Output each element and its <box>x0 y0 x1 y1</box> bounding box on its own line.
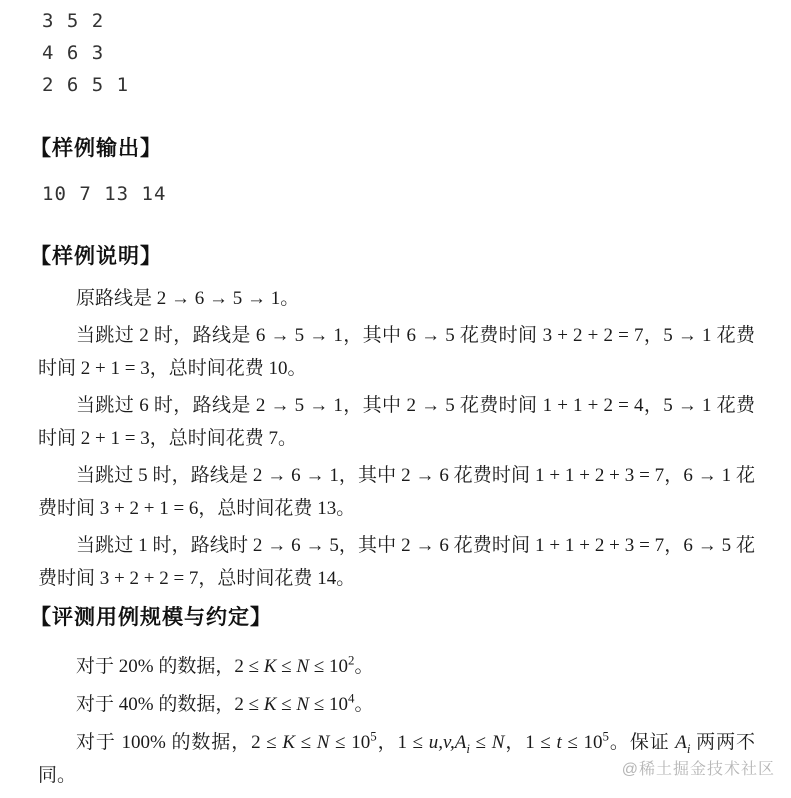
text-segment-math: ≤ 10 <box>329 732 370 753</box>
constraints-heading: 【评测用例规模与约定】 <box>30 603 755 633</box>
text-segment-text: 当跳过 <box>76 395 139 416</box>
sample-input-line: 4 6 3 <box>42 37 755 69</box>
text-segment-math: 2 ≤ <box>234 656 263 677</box>
sample-input-tail: 3 5 2 4 6 3 2 6 5 1 <box>42 5 755 101</box>
text-segment-text: 的数据， <box>154 694 235 715</box>
sample-explanation-body: 原路线是 2 → 6 → 5 → 1。 当跳过 2 时，路线是 6 → 5 → … <box>38 282 755 595</box>
text-segment-text: 当跳过 <box>76 535 138 556</box>
explanation-paragraph: 当跳过 6 时，路线是 2 → 5 → 1，其中 2 → 5 花费时间 1 + … <box>38 389 755 455</box>
text-segment-math: ≤ 10 <box>309 694 348 715</box>
sample-output-line: 10 7 13 14 <box>42 178 755 210</box>
text-segment-text: 。 <box>278 428 297 449</box>
text-segment-math: 1 + 1 + 2 = 4 <box>543 395 644 416</box>
text-segment-math: 13 <box>317 498 336 519</box>
text-segment-math: 100% <box>121 732 165 753</box>
explanation-paragraph: 原路线是 2 → 6 → 5 → 1。 <box>38 282 755 315</box>
text-segment-math: 40% <box>119 694 154 715</box>
text-segment-math: 2 + 1 = 3 <box>81 428 150 449</box>
text-segment-text: ，总时间花费 <box>150 358 269 379</box>
text-segment-math: 6 <box>139 395 149 416</box>
text-segment-math: 6 → 5 <box>683 535 731 556</box>
text-segment-math: 6 → 5 → 1 <box>256 325 343 346</box>
text-segment-math: 20% <box>119 656 154 677</box>
explanation-paragraph: 当跳过 5 时，路线是 2 → 6 → 1，其中 2 → 6 花费时间 1 + … <box>38 459 755 525</box>
text-segment-text: ，总时间花费 <box>198 498 317 519</box>
text-segment-math: 2 + 1 = 3 <box>81 358 150 379</box>
constraint-paragraph: 对于 20% 的数据，2 ≤ K ≤ N ≤ 102。 <box>38 650 755 683</box>
text-segment-var: N <box>296 694 309 715</box>
text-segment-text: 花费时间 <box>449 465 535 486</box>
text-segment-text: 对于 <box>76 656 119 677</box>
text-segment-text: 。 <box>336 568 355 589</box>
sample-input-line: 3 5 2 <box>42 5 755 37</box>
text-segment-text: 的数据， <box>166 732 251 753</box>
text-segment-math: ≤ <box>295 732 317 753</box>
explanation-paragraph: 当跳过 1 时，路线时 2 → 6 → 5，其中 2 → 6 花费时间 1 + … <box>38 529 755 595</box>
text-segment-math: 1 <box>138 535 148 556</box>
text-segment-text: 时，路线是 <box>148 465 253 486</box>
text-segment-var: K <box>264 694 277 715</box>
text-segment-math: 3 + 2 + 2 = 7 <box>100 568 199 589</box>
sample-output-block: 10 7 13 14 <box>42 178 755 210</box>
text-segment-var: A <box>675 732 687 753</box>
text-segment-math: 5 → 1 <box>663 325 711 346</box>
text-segment-text: 。 <box>355 656 374 677</box>
text-segment-text: ，其中 <box>339 535 401 556</box>
text-segment-text: 花费时间 <box>455 325 543 346</box>
text-segment-var: K <box>282 732 295 753</box>
text-segment-math: 2 → 6 <box>401 465 449 486</box>
text-segment-math: ≤ <box>276 656 296 677</box>
text-segment-text: ， <box>504 732 525 753</box>
text-segment-text: 。 <box>355 694 374 715</box>
text-segment-math: 2 → 6 → 5 <box>253 535 339 556</box>
text-segment-text: 对于 <box>76 694 119 715</box>
text-segment-math: ≤ <box>276 694 296 715</box>
text-segment-math: 2 → 6 <box>401 535 449 556</box>
text-segment-math: 2 → 5 → 1 <box>256 395 343 416</box>
text-segment-text: ， <box>377 732 398 753</box>
text-segment-text: 。 <box>280 288 299 309</box>
text-segment-math: 1 ≤ <box>398 732 429 753</box>
text-segment-math: 5 → 1 <box>663 395 711 416</box>
text-segment-var: N <box>296 656 309 677</box>
text-segment-math: ≤ 10 <box>309 656 348 677</box>
document-page: 3 5 2 4 6 3 2 6 5 1 【样例输出】 10 7 13 14 【样… <box>0 0 791 798</box>
text-segment-math: ≤ <box>470 732 492 753</box>
sample-explanation-heading: 【样例说明】 <box>30 242 755 272</box>
text-segment-text: 。 <box>287 358 306 379</box>
text-segment-text: 原路线是 <box>76 288 157 309</box>
text-segment-math: 3 + 2 + 2 = 7 <box>543 325 644 346</box>
text-segment-text: ，其中 <box>339 465 401 486</box>
text-segment-var: N <box>492 732 505 753</box>
text-segment-text: ，其中 <box>343 395 407 416</box>
text-segment-math: 2 <box>139 325 149 346</box>
text-segment-var: K <box>264 656 277 677</box>
text-segment-var: u,v,A <box>429 732 467 753</box>
text-segment-text: ，其中 <box>343 325 407 346</box>
text-segment-math: 6 → 1 <box>683 465 731 486</box>
text-segment-text: ，总时间花费 <box>198 568 317 589</box>
text-segment-text: 花费时间 <box>449 535 535 556</box>
text-segment-math: 2 → 6 → 1 <box>253 465 339 486</box>
text-segment-math: 14 <box>317 568 336 589</box>
text-segment-math: 10 <box>268 358 287 379</box>
text-segment-math: 2 → 6 → 5 → 1 <box>157 288 281 309</box>
text-segment-text: 当跳过 <box>76 325 139 346</box>
text-segment-text: 。保证 <box>609 732 675 753</box>
text-segment-math: 7 <box>268 428 278 449</box>
text-segment-text: ， <box>664 535 683 556</box>
text-segment-math: 1 + 1 + 2 + 3 = 7 <box>535 535 664 556</box>
text-segment-text: 花费时间 <box>455 395 543 416</box>
text-segment-text: ， <box>643 325 663 346</box>
text-segment-text: 时，路线时 <box>148 535 253 556</box>
text-segment-math: 5 <box>138 465 148 486</box>
text-segment-text: 时，路线是 <box>149 395 256 416</box>
text-segment-text: 的数据， <box>154 656 235 677</box>
text-segment-math: 2 ≤ <box>234 694 263 715</box>
watermark: @稀土掘金技术社区 <box>622 756 775 779</box>
text-segment-math: 2 → 5 <box>407 395 455 416</box>
text-segment-math: 1 ≤ <box>525 732 556 753</box>
sample-input-line: 2 6 5 1 <box>42 69 755 101</box>
text-segment-math: 6 → 5 <box>407 325 455 346</box>
text-segment-math: 2 ≤ <box>251 732 282 753</box>
constraint-paragraph: 对于 40% 的数据，2 ≤ K ≤ N ≤ 104。 <box>38 688 755 721</box>
sample-output-heading: 【样例输出】 <box>30 134 755 164</box>
text-segment-text: 时，路线是 <box>149 325 256 346</box>
text-segment-math: 1 + 1 + 2 + 3 = 7 <box>535 465 664 486</box>
explanation-paragraph: 当跳过 2 时，路线是 6 → 5 → 1，其中 6 → 5 花费时间 3 + … <box>38 319 755 385</box>
text-segment-math: 3 + 2 + 1 = 6 <box>100 498 199 519</box>
text-segment-text: 。 <box>336 498 355 519</box>
text-segment-text: ， <box>664 465 683 486</box>
text-segment-math: ≤ 10 <box>562 732 603 753</box>
text-segment-var: N <box>317 732 330 753</box>
text-segment-text: ， <box>643 395 663 416</box>
text-segment-text: ，总时间花费 <box>150 428 269 449</box>
text-segment-text: 当跳过 <box>76 465 138 486</box>
text-segment-text: 对于 <box>76 732 121 753</box>
